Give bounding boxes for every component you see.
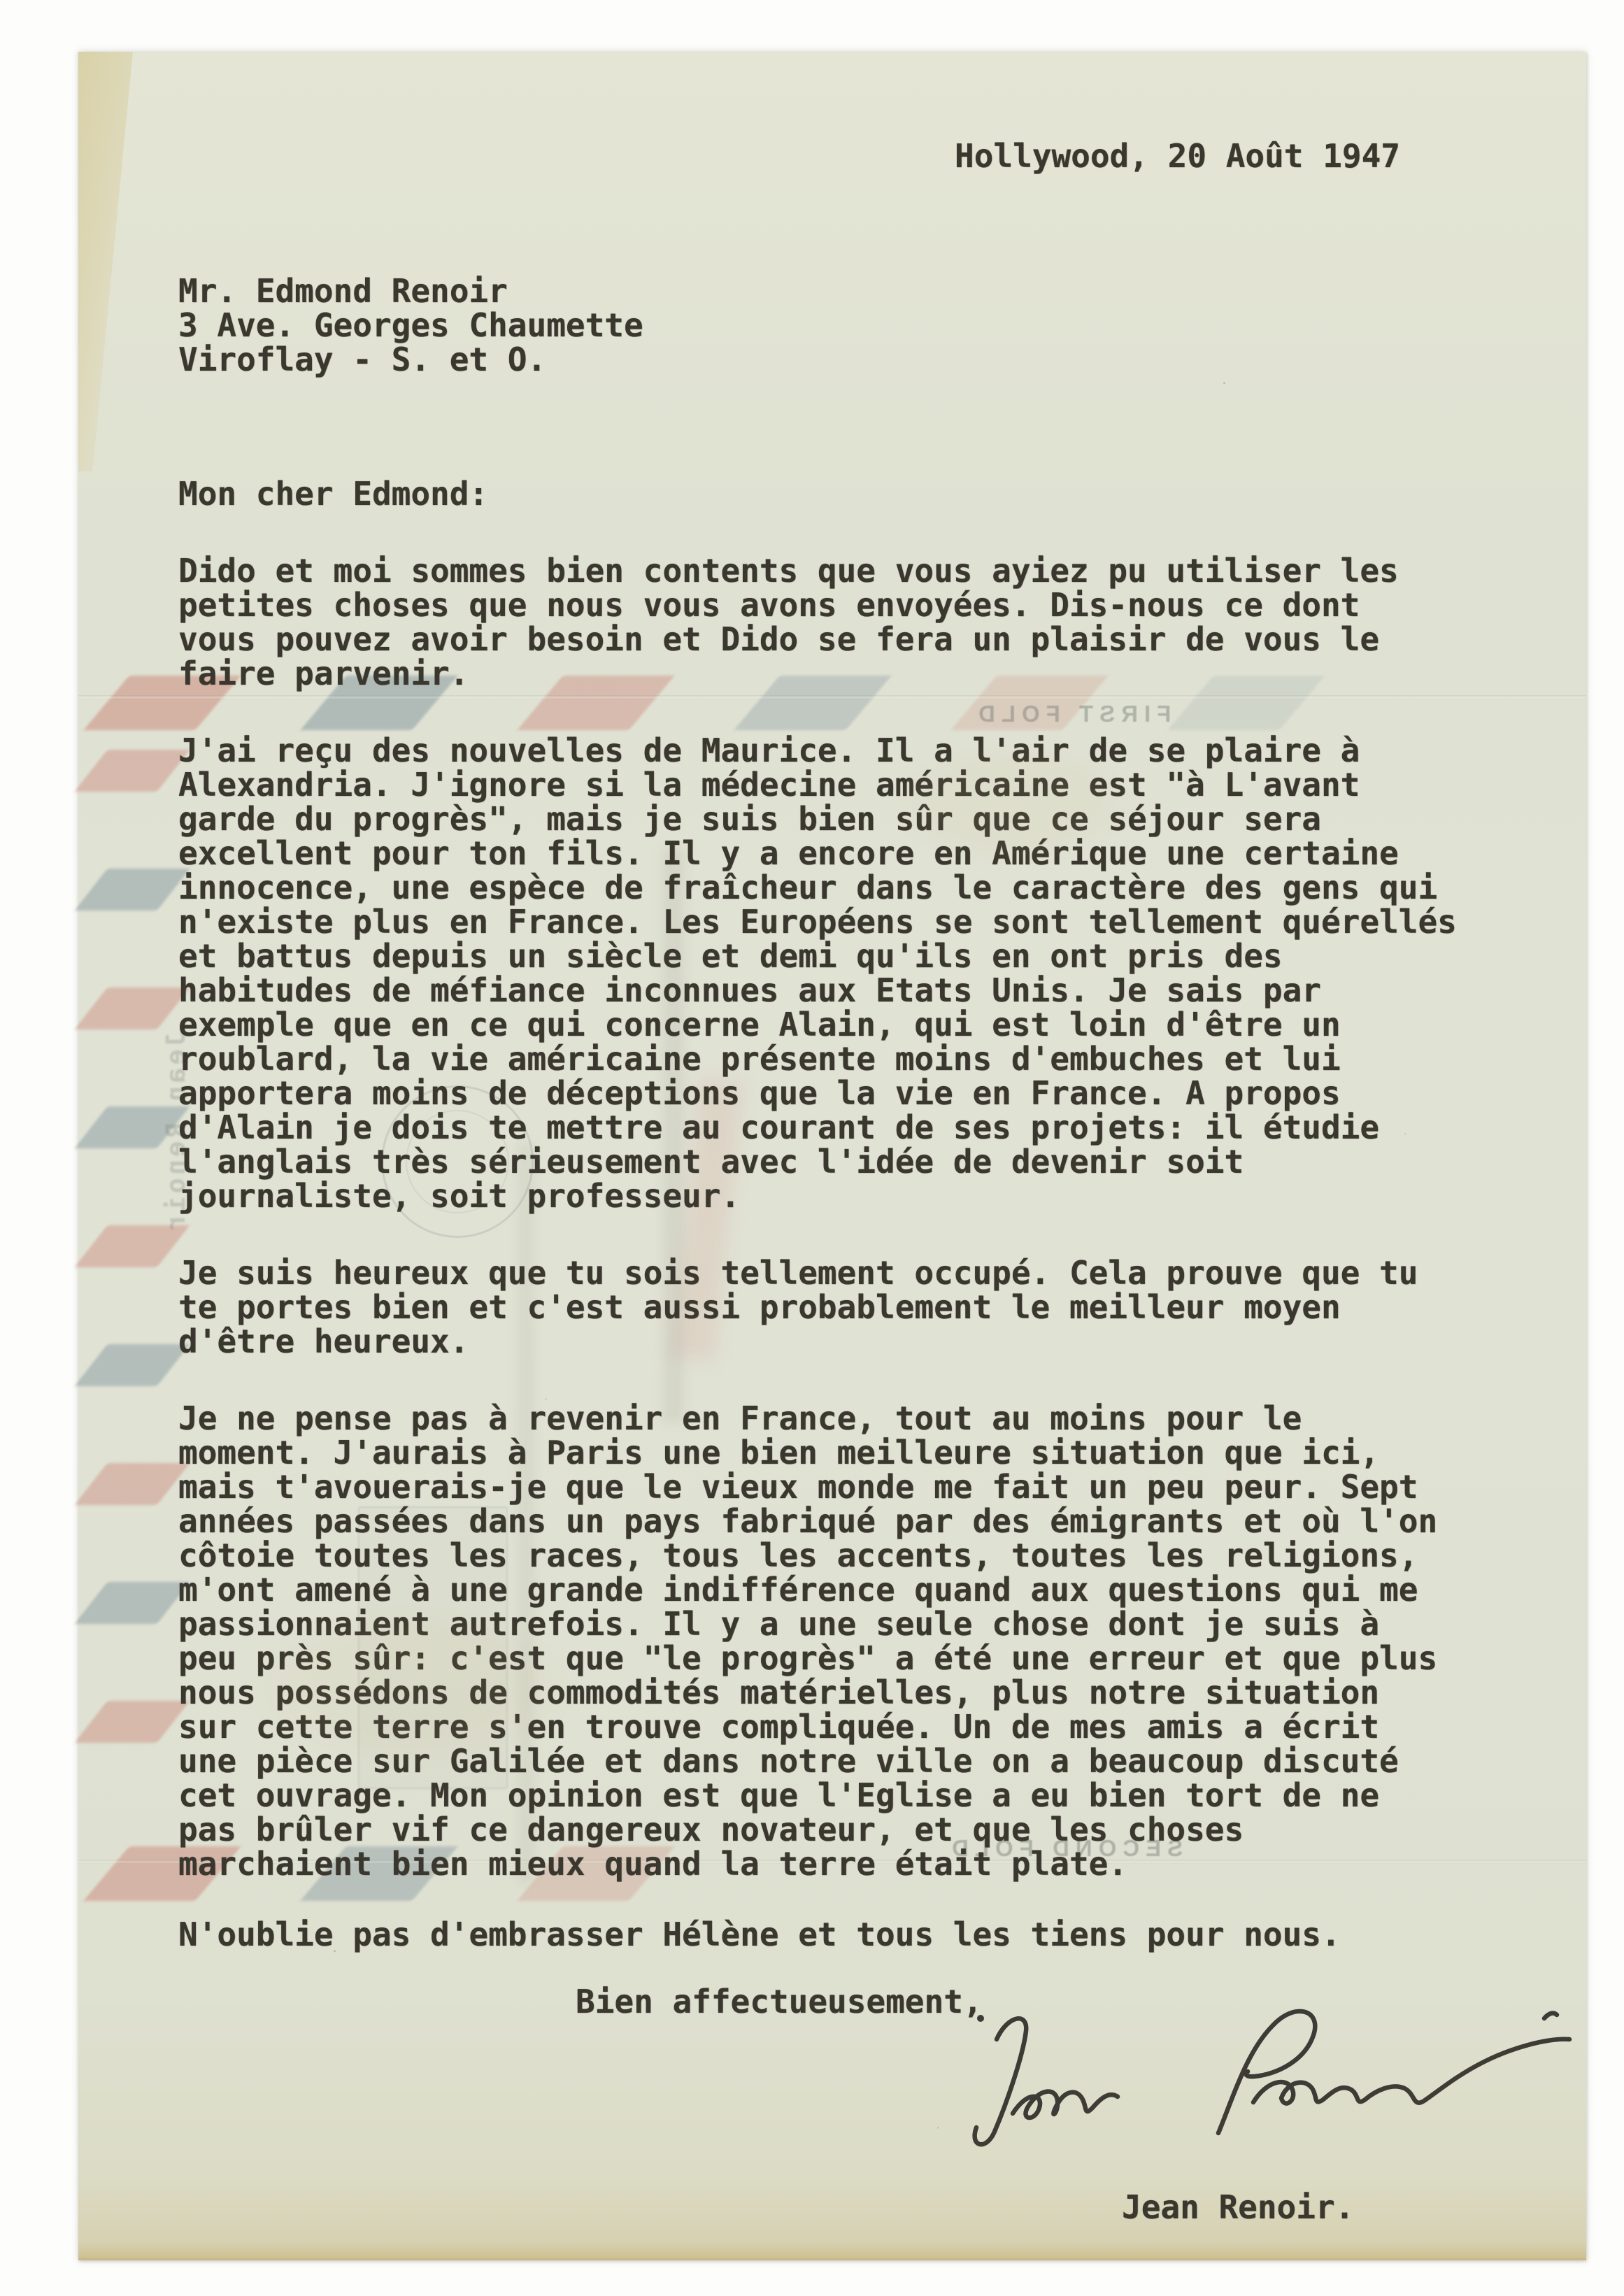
date-line: Hollywood, 20 Août 1947 xyxy=(955,139,1400,173)
airmail-stripe xyxy=(75,869,190,911)
airmail-stripe xyxy=(75,1582,190,1624)
salutation: Mon cher Edmond: xyxy=(178,477,488,511)
paragraph-1: Dido et moi sommes bien contents que vou… xyxy=(178,554,1399,691)
corner-fold-shading xyxy=(78,52,133,471)
recipient-address: Mr. Edmond Renoir 3 Ave. Georges Chaumet… xyxy=(178,274,643,377)
paragraph-4: Je ne pense pas à revenir en France, tou… xyxy=(178,1402,1437,1881)
airmail-stripe xyxy=(75,1344,190,1386)
valediction: Bien affectueusement, xyxy=(576,1985,983,2019)
typed-signature: Jean Renoir. xyxy=(1122,2190,1354,2225)
paragraph-2: J'ai reçu des nouvelles de Maurice. Il a… xyxy=(178,734,1457,1213)
letter-page: FIRST FOLD SECOND FOLD Jean Renoir Holly… xyxy=(78,52,1586,2260)
first-fold-ghost-text: FIRST FOLD xyxy=(972,701,1171,727)
fold-crease-first xyxy=(78,695,1586,699)
airmail-stripe xyxy=(75,750,190,792)
airmail-stripe xyxy=(75,1701,190,1743)
bottom-edge-aging xyxy=(78,2242,1586,2260)
closing-line: N'oublie pas d'embrasser Hélène et tous … xyxy=(178,1918,1341,1952)
signature-jean-renoir xyxy=(937,1996,1588,2171)
scan-background: { "letter": { "date": "Hollywood, 20 Aoû… xyxy=(0,0,1624,2296)
airmail-stripe xyxy=(75,1463,190,1505)
airmail-stripe xyxy=(75,987,190,1029)
paragraph-3: Je suis heureux que tu sois tellement oc… xyxy=(178,1256,1418,1359)
